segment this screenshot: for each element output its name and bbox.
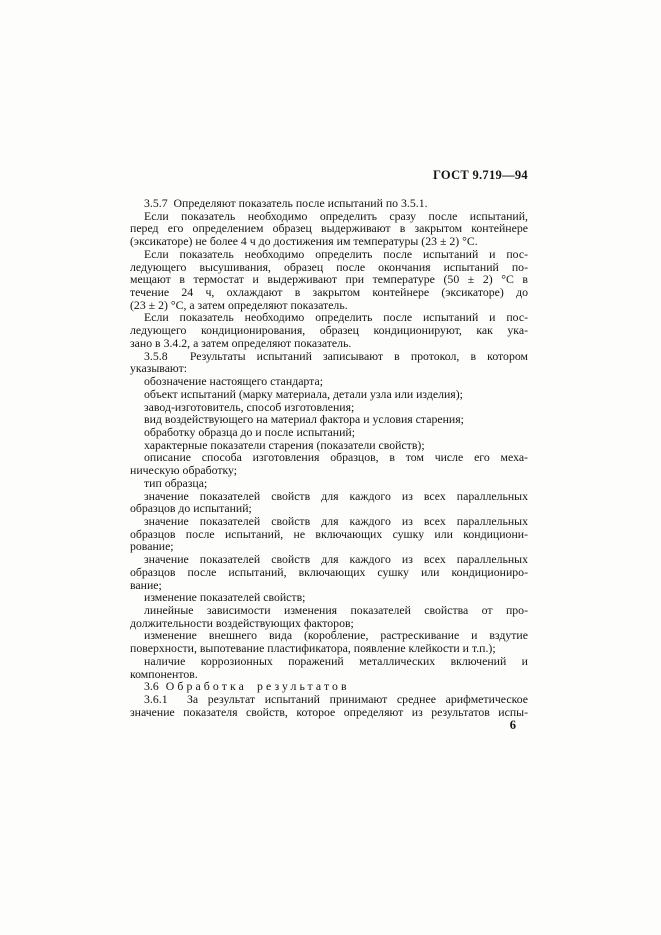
standard-number-header: ГОСТ 9.719—94 <box>130 168 528 182</box>
document-page: ГОСТ 9.719—94 3.5.7 Определяют показател… <box>0 0 661 935</box>
page-number: 6 <box>130 718 516 732</box>
text-line: значение показателей свойств для каждого… <box>130 553 528 566</box>
text-line: наличие коррозионных поражений металличе… <box>130 655 528 668</box>
text-line: (эксикаторе) не более 4 ч до достижения … <box>130 235 528 248</box>
text-line: обработку образца до и после испытаний; <box>130 426 528 439</box>
text-line: поверхности, выпотевание пластификатора,… <box>130 642 528 655</box>
text-line: объект испытаний (марку материала, детал… <box>130 388 528 401</box>
text-line: образцов после испытаний, не включающих … <box>130 528 528 541</box>
text-line: ледующего кондиционирования, образец кон… <box>130 324 528 337</box>
text-line: 3.5.8 Результаты испытаний записывают в … <box>130 350 528 363</box>
text-line: ническую обработку; <box>130 464 528 477</box>
text-line: линейные зависимости изменения показател… <box>130 604 528 617</box>
text-line: тип образца; <box>130 477 528 490</box>
text-line: 3.6.1 За результат испытаний принимают с… <box>130 693 528 706</box>
document-body: 3.5.7 Определяют показатель после испыта… <box>130 197 528 718</box>
text-line: зано в 3.4.2, а затем определяют показат… <box>130 337 528 350</box>
text-line: образцов после испытаний, включающих суш… <box>130 566 528 579</box>
text-line: значение показателей свойств для каждого… <box>130 515 528 528</box>
text-line: течение 24 ч, охлаждают в закрытом конте… <box>130 286 528 299</box>
text-line: Если показатель необходимо определить по… <box>130 248 528 261</box>
text-line: значение показателя свойств, которое опр… <box>130 706 528 719</box>
text-line: 3.5.7 Определяют показатель после испыта… <box>130 197 528 210</box>
text-line: обозначение настоящего стандарта; <box>130 375 528 388</box>
